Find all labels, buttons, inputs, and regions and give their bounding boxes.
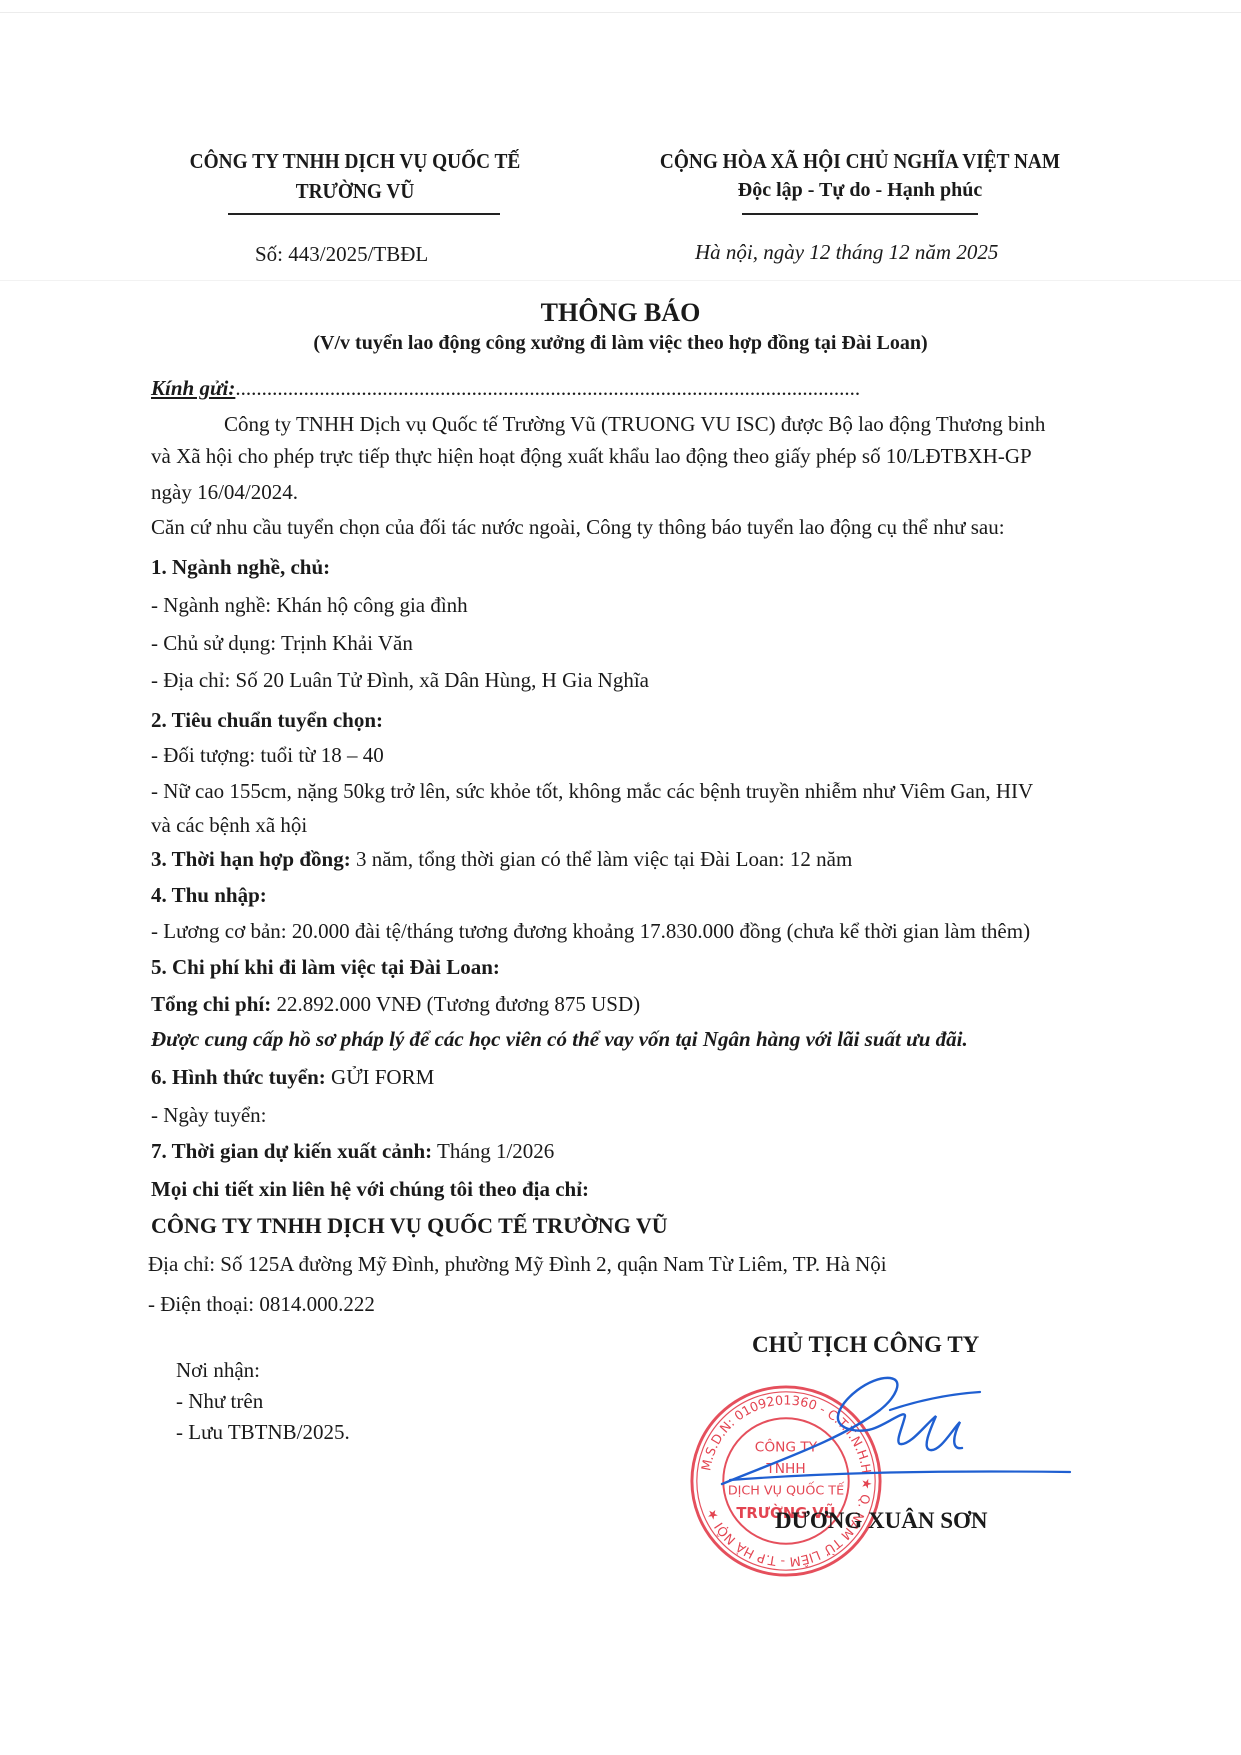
salutation: Kính gửi:...............................… (151, 374, 860, 402)
section-1-item: - Chủ sử dụng: Trịnh Khải Văn (151, 629, 413, 657)
document-title: THÔNG BÁO (0, 298, 1241, 328)
salutation-label: Kính gửi: (151, 376, 235, 400)
section-3-value: 3 năm, tổng thời gian có thể làm việc tạ… (351, 847, 853, 871)
section-7: 7. Thời gian dự kiến xuất cảnh: Tháng 1/… (151, 1137, 554, 1165)
recipients-label: Nơi nhận: (176, 1355, 260, 1386)
nation-motto: Độc lập - Tự do - Hạnh phúc (620, 176, 1100, 204)
total-cost-value: 22.892.000 VNĐ (Tương đương 875 USD) (271, 992, 640, 1016)
contact-lead: Mọi chi tiết xin liên hệ với chúng tôi t… (151, 1175, 589, 1203)
loan-note: Được cung cấp hồ sơ pháp lý để các học v… (151, 1025, 968, 1053)
place-date: Hà nội, ngày 12 tháng 12 năm 2025 (695, 240, 998, 265)
section-6-value: GỬI FORM (326, 1065, 434, 1089)
contact-phone: - Điện thoại: 0814.000.222 (148, 1290, 375, 1318)
company-name-line2: TRƯỜNG VŨ (148, 176, 562, 206)
salutation-blank: ........................................… (235, 376, 860, 400)
intro-paragraph-line: Công ty TNHH Dịch vụ Quốc tế Trường Vũ (… (224, 410, 1045, 438)
company-name-line1: CÔNG TY TNHH DỊCH VỤ QUỐC TẾ (148, 146, 562, 176)
signature-scribble (690, 1370, 1090, 1510)
intro-paragraph-line: ngày 16/04/2024. (151, 478, 298, 506)
total-cost-label: Tổng chi phí: (151, 992, 271, 1016)
section-5-total: Tổng chi phí: 22.892.000 VNĐ (Tương đươn… (151, 990, 640, 1018)
recipient-item: - Lưu TBTNB/2025. (176, 1417, 350, 1448)
contact-company: CÔNG TY TNHH DỊCH VỤ QUỐC TẾ TRƯỜNG VŨ (151, 1212, 668, 1240)
section-6-item: - Ngày tuyển: (151, 1101, 266, 1129)
contact-address: Địa chỉ: Số 125A đường Mỹ Đình, phường M… (148, 1250, 887, 1278)
scan-artifact-line (0, 280, 1241, 281)
section-4-item: - Lương cơ bản: 20.000 đài tệ/tháng tươn… (151, 917, 1030, 945)
intro-paragraph-line: và Xã hội cho phép trực tiếp thực hiện h… (151, 442, 1032, 470)
nation-underline (742, 213, 978, 215)
section-7-value: Tháng 1/2026 (432, 1139, 554, 1163)
section-1-heading: 1. Ngành nghề, chủ: (151, 553, 330, 581)
company-underline (228, 213, 500, 215)
section-6: 6. Hình thức tuyển: GỬI FORM (151, 1063, 434, 1091)
section-3-heading: 3. Thời hạn hợp đồng: (151, 847, 351, 871)
section-2-heading: 2. Tiêu chuẩn tuyển chọn: (151, 706, 383, 734)
section-4-heading: 4. Thu nhập: (151, 881, 267, 909)
section-1-item: - Địa chỉ: Số 20 Luân Tử Đình, xã Dân Hù… (151, 666, 649, 694)
recipient-item: - Như trên (176, 1386, 263, 1417)
document-number: Số: 443/2025/TBĐL (255, 242, 428, 267)
intro-basis-line: Căn cứ nhu cầu tuyển chọn của đối tác nư… (151, 513, 1005, 541)
section-7-heading: 7. Thời gian dự kiến xuất cảnh: (151, 1139, 432, 1163)
scan-artifact-line (0, 12, 1241, 13)
section-1-item: - Ngành nghề: Khán hộ công gia đình (151, 591, 468, 619)
signer-name: DƯƠNG XUÂN SƠN (775, 1508, 988, 1534)
document-subject: (V/v tuyển lao động công xưởng đi làm vi… (0, 332, 1241, 355)
document-page: CÔNG TY TNHH DỊCH VỤ QUỐC TẾ TRƯỜNG VŨ C… (0, 0, 1241, 1755)
nation-title: CỘNG HÒA XÃ HỘI CHỦ NGHĨA VIỆT NAM (639, 146, 1081, 176)
section-5-heading: 5. Chi phí khi đi làm việc tại Đài Loan: (151, 953, 500, 981)
section-6-heading: 6. Hình thức tuyển: (151, 1065, 326, 1089)
section-2-item: - Đối tượng: tuổi từ 18 – 40 (151, 741, 384, 769)
section-2-item: và các bệnh xã hội (151, 811, 307, 839)
section-2-item: - Nữ cao 155cm, nặng 50kg trở lên, sức k… (151, 777, 1033, 805)
section-3: 3. Thời hạn hợp đồng: 3 năm, tổng thời g… (151, 845, 852, 873)
signer-title: CHỦ TỊCH CÔNG TY (752, 1332, 979, 1358)
